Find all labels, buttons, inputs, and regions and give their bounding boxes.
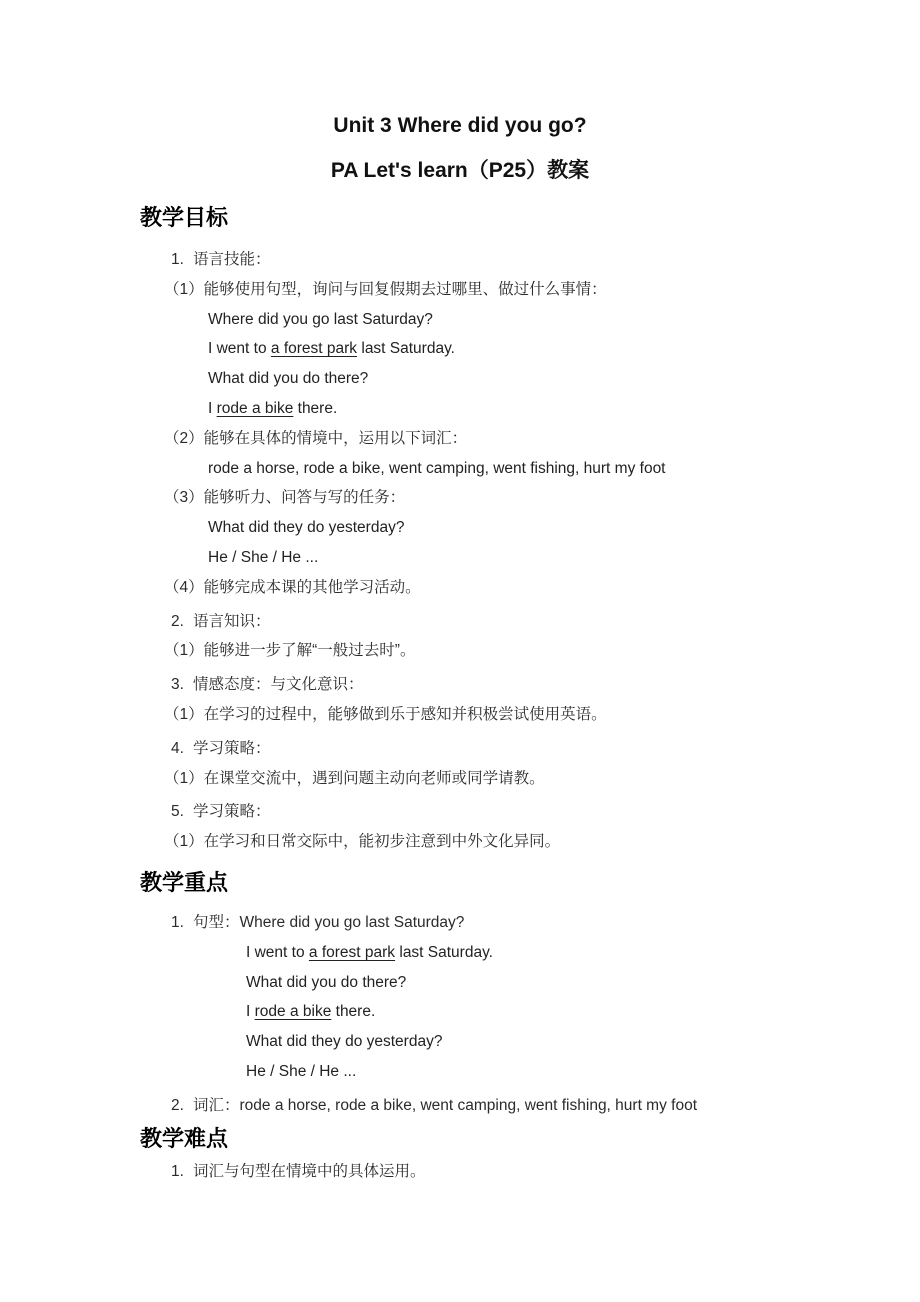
list-item-text: 语言技能： — [193, 251, 271, 268]
example-sentence: I rode a bike there. — [208, 394, 920, 424]
doc-subtitle: PA Let's learn（P25）教案 — [0, 139, 920, 184]
example-sentence: I rode a bike there. — [246, 997, 920, 1027]
list-number: 3. — [171, 670, 193, 700]
list-item-2: 2.语言知识： — [171, 607, 920, 637]
list-item-5: 5.学习策略： — [171, 797, 920, 827]
list-item-label: 句型： — [193, 914, 240, 931]
list-number: 5. — [171, 797, 193, 827]
example-sentence: What did you do there? — [246, 968, 920, 998]
list-item-3: 3.情感态度：与文化意识： — [171, 670, 920, 700]
underlined-phrase: a forest park — [309, 944, 395, 961]
sentence-segment: there. — [331, 1003, 375, 1020]
sub-item-2-1: （1）能够进一步了解“一般过去时”。 — [164, 636, 920, 666]
sentence-segment: last Saturday. — [357, 340, 455, 357]
vocab-line: rode a horse, rode a bike, went camping,… — [208, 454, 920, 484]
list-number: 4. — [171, 734, 193, 764]
sub-item-5-1: （1）在学习和日常交际中，能初步注意到中外文化异同。 — [164, 827, 920, 857]
example-sentence: He / She / He ... — [208, 543, 920, 573]
list-number: 2. — [171, 607, 193, 637]
document-page: Unit 3 Where did you go? PA Let's learn（… — [0, 0, 920, 1302]
sentence-segment: I — [208, 400, 217, 417]
example-sentence: What did they do yesterday? — [208, 513, 920, 543]
sub-item-1-4: （4）能够完成本课的其他学习活动。 — [164, 573, 920, 603]
list-number: 1. — [171, 245, 193, 275]
key-point-item-1: 1.句型：Where did you go last Saturday? — [171, 908, 920, 938]
sub-item-1-2: （2）能够在具体的情境中，运用以下词汇： — [164, 424, 920, 454]
list-item-label: 词汇： — [193, 1097, 240, 1114]
list-number: 2. — [171, 1091, 193, 1121]
example-sentence: I went to a forest park last Saturday. — [208, 334, 920, 364]
sentence-segment: there. — [293, 400, 337, 417]
vocab-line: rode a horse, rode a bike, went camping,… — [240, 1097, 698, 1114]
sentence-segment: I — [246, 1003, 255, 1020]
sub-item-1-3: （3）能够听力、问答与写的任务： — [164, 483, 920, 513]
example-sentence: Where did you go last Saturday? — [208, 305, 920, 335]
section-heading-key-points: 教学重点 — [140, 857, 920, 908]
sentence-segment: last Saturday. — [395, 944, 493, 961]
underlined-phrase: a forest park — [271, 340, 357, 357]
difficulty-item-1: 1.词汇与句型在情境中的具体运用。 — [171, 1157, 920, 1187]
list-item-4: 4.学习策略： — [171, 734, 920, 764]
sub-item-1-1: （1）能够使用句型，询问与回复假期去过哪里、做过什么事情： — [164, 275, 920, 305]
list-item-text: 词汇与句型在情境中的具体运用。 — [193, 1163, 426, 1180]
list-item-text: 学习策略： — [193, 740, 271, 757]
key-point-item-2: 2.词汇：rode a horse, rode a bike, went cam… — [171, 1091, 920, 1121]
list-item-text: 情感态度：与文化意识： — [193, 676, 364, 693]
doc-title: Unit 3 Where did you go? — [0, 0, 920, 139]
underlined-phrase: rode a bike — [255, 1003, 332, 1020]
example-sentence: He / She / He ... — [246, 1057, 920, 1087]
sub-item-3-1: （1）在学习的过程中，能够做到乐于感知并积极尝试使用英语。 — [164, 700, 920, 730]
section-heading-difficulties: 教学难点 — [140, 1121, 920, 1157]
example-sentence: Where did you go last Saturday? — [240, 914, 465, 931]
list-item-1: 1.语言技能： — [171, 245, 920, 275]
sentence-segment: I went to — [208, 340, 271, 357]
example-sentence: I went to a forest park last Saturday. — [246, 938, 920, 968]
list-item-text: 学习策略： — [193, 803, 271, 820]
list-number: 1. — [171, 1157, 193, 1187]
example-sentence: What did they do yesterday? — [246, 1027, 920, 1057]
section-heading-objectives: 教学目标 — [140, 184, 920, 245]
list-item-text: 语言知识： — [193, 613, 271, 630]
underlined-phrase: rode a bike — [217, 400, 294, 417]
sub-item-4-1: （1）在课堂交流中，遇到问题主动向老师或同学请教。 — [164, 764, 920, 794]
example-sentence: What did you do there? — [208, 364, 920, 394]
sentence-segment: I went to — [246, 944, 309, 961]
list-number: 1. — [171, 908, 193, 938]
